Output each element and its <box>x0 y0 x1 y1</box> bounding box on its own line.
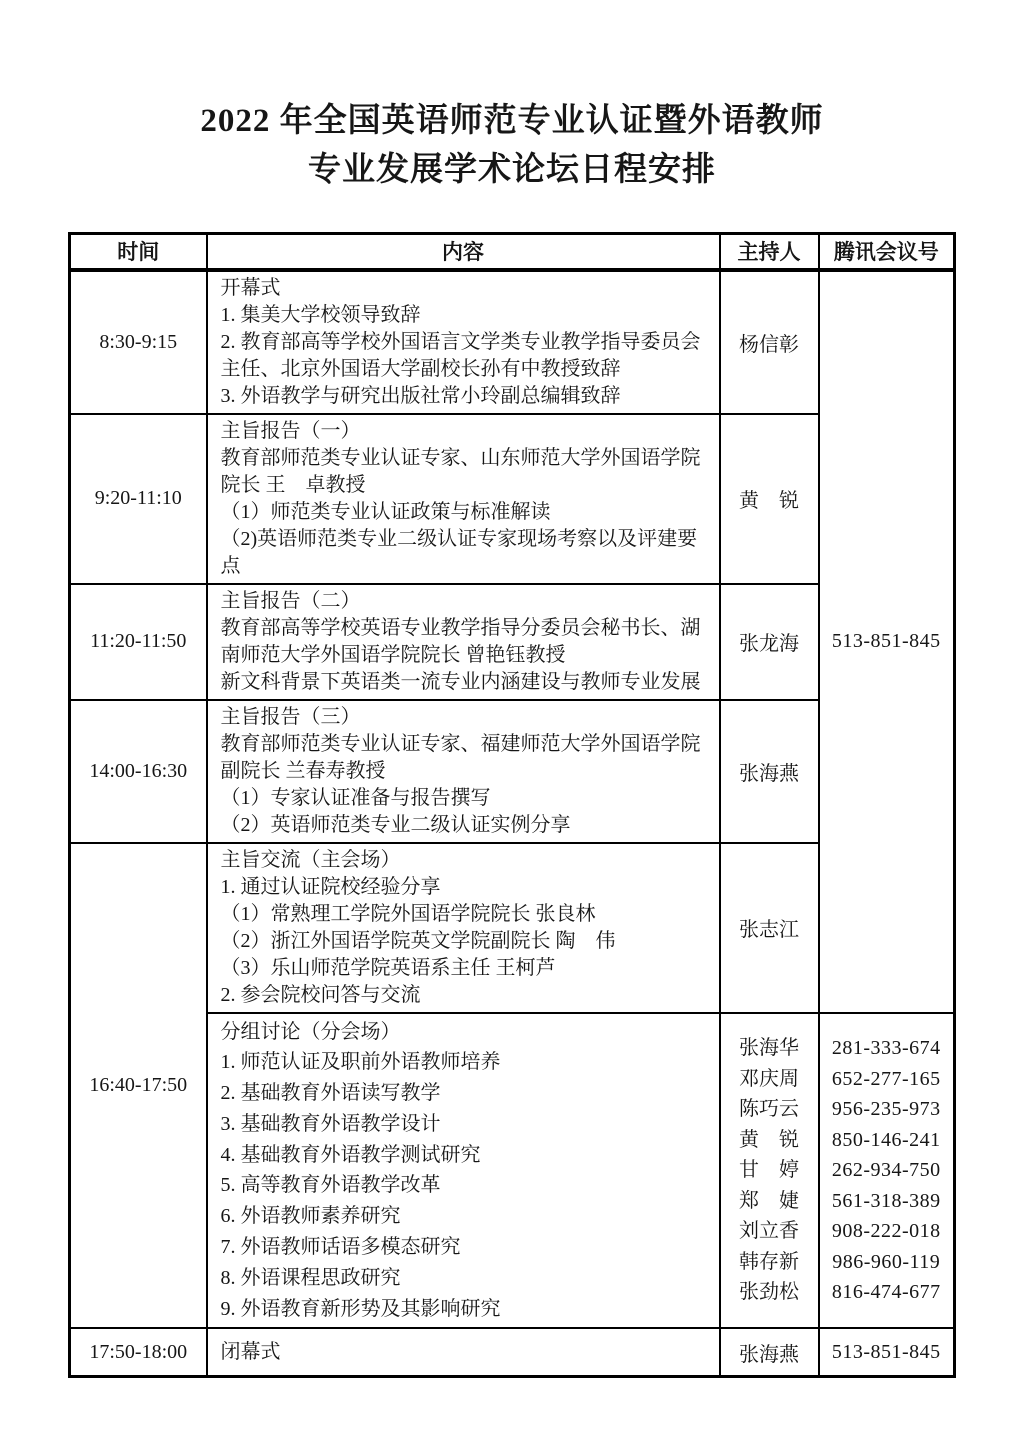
host-cell: 杨信彰 <box>720 270 819 414</box>
host-name: 邓庆周 <box>721 1064 818 1095</box>
content-line: （3）乐山师范学院英语系主任 王柯芦 <box>221 955 709 982</box>
content-line: 1. 通过认证院校经验分享 <box>221 874 709 901</box>
column-header-content: 内容 <box>207 234 720 270</box>
content-cell: 主旨报告（二） 教育部高等学校英语专业教学指导分委员会秘书长、湖南师范大学外国语… <box>207 584 720 700</box>
host-name: 郑 婕 <box>721 1186 818 1217</box>
content-cell: 分组讨论（分会场） 1. 师范认证及职前外语教师培养 2. 基础教育外语读写教学… <box>207 1013 720 1329</box>
content-line: 4. 基础教育外语教学测试研究 <box>221 1140 709 1171</box>
content-line: 教育部师范类专业认证专家、山东师范大学外国语学院院长 王 卓教授 <box>221 445 709 499</box>
meeting-id: 561-318-389 <box>820 1186 954 1217</box>
document-page: 2022 年全国英语师范专业认证暨外语教师 专业发展学术论坛日程安排 时间 内容… <box>0 0 1024 1448</box>
content-line: （2）英语师范类专业二级认证实例分享 <box>221 812 709 839</box>
column-header-host: 主持人 <box>720 234 819 270</box>
content-line: 开幕式 <box>221 275 709 302</box>
host-name: 张海华 <box>721 1033 818 1064</box>
content-line: 新文科背景下英语类一流专业内涵建设与教师专业发展 <box>221 669 709 696</box>
host-name: 陈巧云 <box>721 1094 818 1125</box>
meeting-id: 816-474-677 <box>820 1277 954 1308</box>
content-line: 教育部师范类专业认证专家、福建师范大学外国语学院副院长 兰春寿教授 <box>221 731 709 785</box>
content-line: 教育部高等学校英语专业教学指导分委员会秘书长、湖南师范大学外国语学院院长 曾艳钰… <box>221 615 709 669</box>
content-cell: 开幕式 1. 集美大学校领导致辞 2. 教育部高等学校外国语言文学类专业教学指导… <box>207 270 720 414</box>
meeting-id: 986-960-119 <box>820 1247 954 1278</box>
content-line: 7. 外语教师话语多模态研究 <box>221 1232 709 1263</box>
time-cell: 9:20-11:10 <box>70 414 207 584</box>
time-cell: 14:00-16:30 <box>70 700 207 843</box>
content-cell: 主旨交流（主会场） 1. 通过认证院校经验分享 （1）常熟理工学院外国语学院院长… <box>207 843 720 1013</box>
column-header-time: 时间 <box>70 234 207 270</box>
meeting-id: 956-235-973 <box>820 1094 954 1125</box>
content-line: 主旨报告（一） <box>221 418 709 445</box>
content-line: 2. 参会院校问答与交流 <box>221 982 709 1009</box>
content-cell: 主旨报告（三） 教育部师范类专业认证专家、福建师范大学外国语学院副院长 兰春寿教… <box>207 700 720 843</box>
host-cell: 张志江 <box>720 843 819 1013</box>
time-cell: 8:30-9:15 <box>70 270 207 414</box>
title-line-2: 专业发展学术论坛日程安排 <box>0 146 1024 195</box>
meeting-id: 908-222-018 <box>820 1216 954 1247</box>
host-cell: 张海燕 <box>720 700 819 843</box>
content-line: （2)英语师范类专业二级认证专家现场考察以及评建要点 <box>221 526 709 580</box>
host-name: 甘 婷 <box>721 1155 818 1186</box>
column-header-meeting-id: 腾讯会议号 <box>819 234 955 270</box>
content-cell: 主旨报告（一） 教育部师范类专业认证专家、山东师范大学外国语学院院长 王 卓教授… <box>207 414 720 584</box>
host-cell: 张海燕 <box>720 1328 819 1376</box>
content-line: 主旨报告（二） <box>221 588 709 615</box>
meeting-id-cell: 513-851-845 <box>819 1328 955 1376</box>
content-line: 1. 师范认证及职前外语教师培养 <box>221 1047 709 1078</box>
content-line: （1）专家认证准备与报告撰写 <box>221 785 709 812</box>
content-line: 9. 外语教育新形势及其影响研究 <box>221 1294 709 1325</box>
schedule-row-closing: 17:50-18:00 闭幕式 张海燕 513-851-845 <box>70 1328 955 1376</box>
content-line: 8. 外语课程思政研究 <box>221 1263 709 1294</box>
host-name: 刘立香 <box>721 1216 818 1247</box>
content-line: 6. 外语教师素养研究 <box>221 1201 709 1232</box>
content-cell: 闭幕式 <box>207 1328 720 1376</box>
host-cell: 黄 锐 <box>720 414 819 584</box>
schedule-table: 时间 内容 主持人 腾讯会议号 8:30-9:15 开幕式 1. 集美大学校领导… <box>68 232 956 1378</box>
content-line: 2. 基础教育外语读写教学 <box>221 1078 709 1109</box>
host-name: 张劲松 <box>721 1277 818 1308</box>
host-cell-breakout: 张海华 邓庆周 陈巧云 黄 锐 甘 婷 郑 婕 刘立香 韩存新 张劲松 <box>720 1013 819 1329</box>
content-line: 闭幕式 <box>221 1339 709 1366</box>
page-title: 2022 年全国英语师范专业认证暨外语教师 专业发展学术论坛日程安排 <box>0 97 1024 195</box>
content-line: （1）常熟理工学院外国语学院院长 张良林 <box>221 901 709 928</box>
content-line: 3. 基础教育外语教学设计 <box>221 1109 709 1140</box>
content-line: 分组讨论（分会场） <box>221 1017 709 1048</box>
content-line: 3. 外语教学与研究出版社常小玲副总编辑致辞 <box>221 383 709 410</box>
content-line: 主旨报告（三） <box>221 704 709 731</box>
host-name: 韩存新 <box>721 1247 818 1278</box>
content-line: 5. 高等教育外语教学改革 <box>221 1170 709 1201</box>
meeting-id: 262-934-750 <box>820 1155 954 1186</box>
content-line: 主旨交流（主会场） <box>221 847 709 874</box>
schedule-row-opening: 8:30-9:15 开幕式 1. 集美大学校领导致辞 2. 教育部高等学校外国语… <box>70 270 955 414</box>
time-cell: 11:20-11:50 <box>70 584 207 700</box>
content-line: 2. 教育部高等学校外国语言文学类专业教学指导委员会主任、北京外国语大学副校长孙… <box>221 329 709 383</box>
host-name: 黄 锐 <box>721 1125 818 1156</box>
meeting-id-cell-breakout: 281-333-674 652-277-165 956-235-973 850-… <box>819 1013 955 1329</box>
content-line: 1. 集美大学校领导致辞 <box>221 302 709 329</box>
content-line: （1）师范类专业认证政策与标准解读 <box>221 499 709 526</box>
content-line: （2）浙江外国语学院英文学院副院长 陶 伟 <box>221 928 709 955</box>
time-cell: 17:50-18:00 <box>70 1328 207 1376</box>
meeting-id-cell-merged: 513-851-845 <box>819 270 955 1013</box>
meeting-id: 281-333-674 <box>820 1033 954 1064</box>
time-cell-merged: 16:40-17:50 <box>70 843 207 1329</box>
header-row: 时间 内容 主持人 腾讯会议号 <box>70 234 955 270</box>
host-cell: 张龙海 <box>720 584 819 700</box>
title-line-1: 2022 年全国英语师范专业认证暨外语教师 <box>0 97 1024 146</box>
meeting-id: 652-277-165 <box>820 1064 954 1095</box>
meeting-id: 850-146-241 <box>820 1125 954 1156</box>
